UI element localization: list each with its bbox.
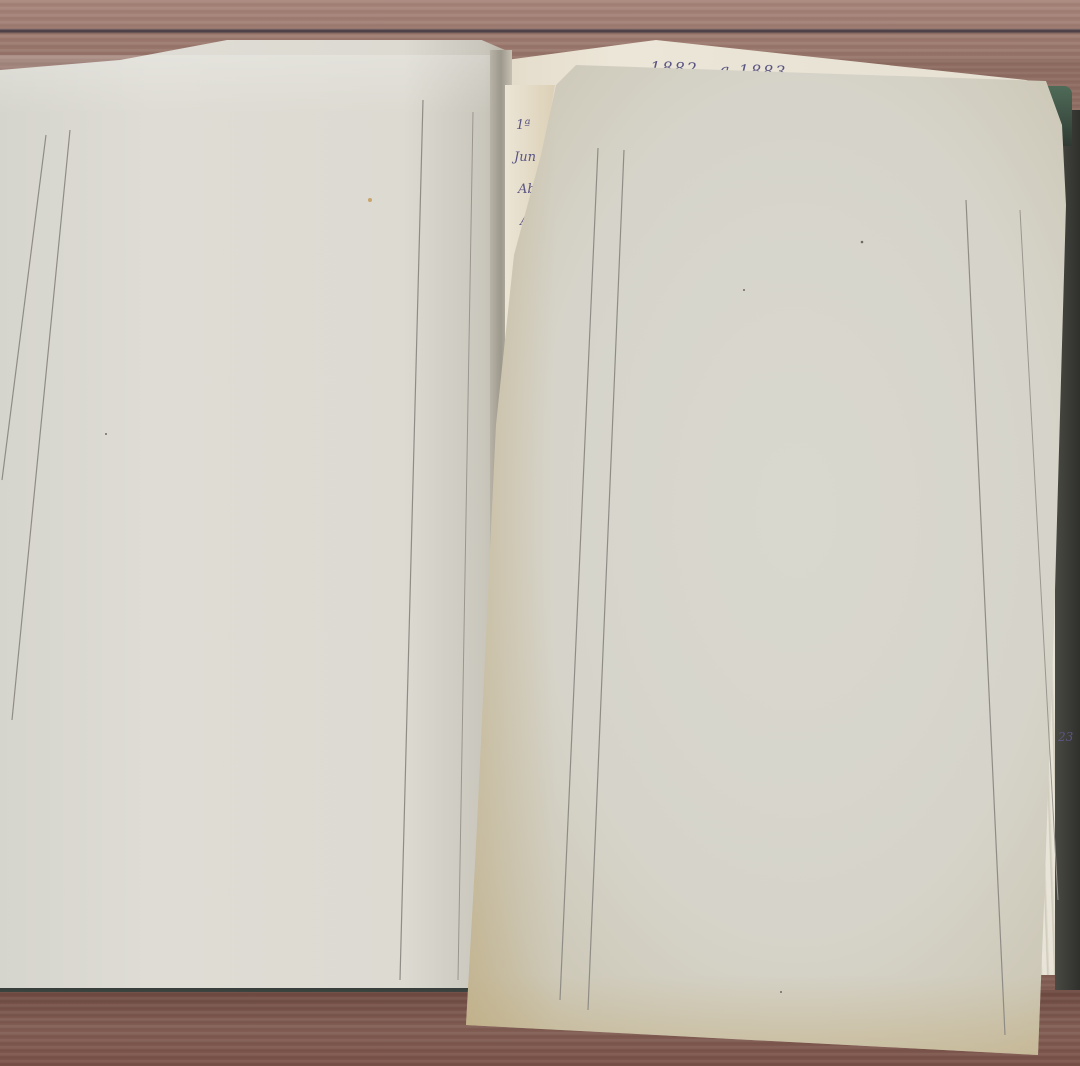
left-page-highlight xyxy=(0,55,505,115)
handwritten-margin-note: 1ª xyxy=(516,118,530,133)
sheet-aging-stain xyxy=(466,65,1066,1055)
handwritten-margin-note: Jun xyxy=(514,150,536,165)
handwritten-right-edge-note: 23 xyxy=(1058,730,1073,744)
left-page xyxy=(0,40,505,988)
shadow xyxy=(0,28,1080,34)
ledger-photo: 1882 . a 1883 1ª Jun Ab Ab Jun 7ª P 23 xyxy=(0,0,1080,1066)
